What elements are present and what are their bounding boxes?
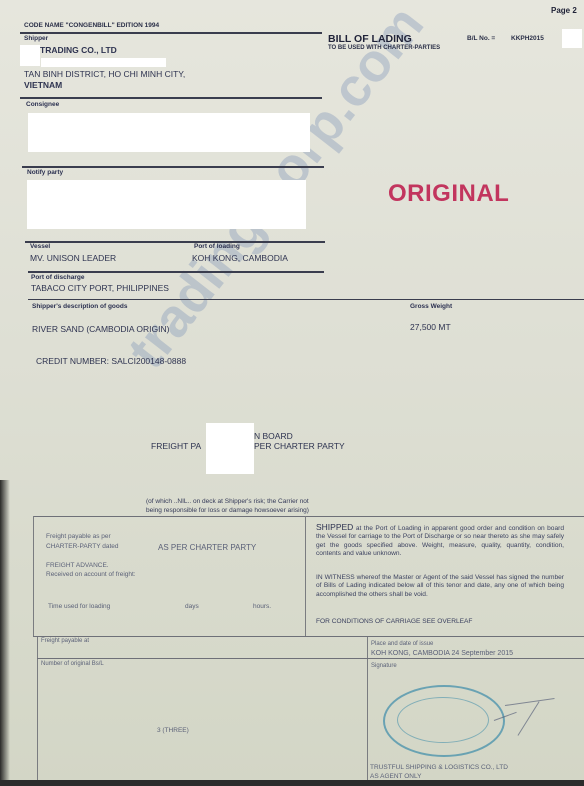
box-left (33, 516, 34, 636)
port-of-discharge-value: TABACO CITY PORT, PHILIPPINES (31, 283, 169, 293)
shipper-address: TAN BINH DISTRICT, HO CHI MINH CITY, (24, 69, 185, 79)
bl-number-label: B/L No. = (467, 35, 495, 42)
place-date-issue-label: Place and date of issue (371, 641, 433, 647)
place-date-issue-value: KOH KONG, CAMBODIA 24 September 2015 (371, 650, 513, 657)
consignee-redacted (28, 113, 310, 152)
box-top (33, 516, 584, 517)
goods-description: RIVER SAND (CAMBODIA ORIGIN) (32, 324, 169, 334)
port-of-loading-label: Port of loading (194, 243, 240, 250)
freight-payable-at-label: Freight payable at (41, 638, 89, 644)
port-of-loading-value: KOH KONG, CAMBODIA (192, 253, 288, 263)
signature-label: Signature (371, 663, 397, 669)
redaction (206, 423, 254, 474)
original-bl-count-value: 3 (THREE) (157, 727, 189, 734)
document-title: BILL OF LADING (328, 33, 412, 45)
photo-shadow-bottom (0, 780, 584, 786)
shipped-text: at the Port of Loading in apparent good … (316, 525, 564, 557)
agent-name: TRUSTFUL SHIPPING & LOGISTICS CO., LTD (370, 764, 508, 771)
code-name: CODE NAME "CONGENBILL" EDITION 1994 (24, 22, 159, 29)
signature-stroke (505, 698, 555, 706)
vessel-value: MV. UNISON LEADER (30, 253, 116, 263)
document-subtitle: TO BE USED WITH CHARTER-PARTIES (328, 45, 440, 51)
redaction (562, 29, 582, 48)
agent-capacity: AS AGENT ONLY (370, 773, 421, 780)
time-used-label: Time used for loading (48, 603, 110, 610)
redaction (20, 45, 40, 66)
bl-number-value: KKPH2015 (511, 35, 544, 42)
original-stamp: ORIGINAL (388, 180, 509, 208)
freight-advance: FREIGHT ADVANCE. (46, 562, 109, 569)
divider (25, 241, 325, 243)
gross-weight-value: 27,500 MT (410, 322, 451, 332)
deck-clause-line2: being responsible for loss or damage how… (146, 507, 309, 514)
divider (28, 271, 324, 273)
charter-party-dated-label: CHARTER-PARTY dated (46, 543, 119, 550)
page-number: Page 2 (551, 6, 577, 15)
deck-clause-line1: (of which ..NIL.. on deck at Shipper's r… (146, 498, 309, 505)
divider (33, 636, 584, 637)
freight-paid-text-right: PER CHARTER PARTY (254, 441, 345, 451)
notify-party-label: Notify party (27, 169, 63, 176)
gross-weight-label: Gross Weight (410, 303, 452, 310)
freight-paid-text-left: FREIGHT PA (151, 441, 201, 451)
witness-clause: IN WITNESS whereof the Master or Agent o… (316, 574, 564, 599)
divider (20, 97, 322, 99)
days-label: days (185, 603, 199, 610)
bill-of-lading-page: trading corp.com Page 2 CODE NAME "CONGE… (0, 0, 584, 786)
agent-stamp (383, 685, 505, 757)
photo-shadow-left (0, 480, 10, 786)
shipper-country: VIETNAM (24, 80, 62, 90)
vessel-label: Vessel (30, 243, 50, 250)
redaction (41, 58, 166, 67)
goods-description-label: Shipper's description of goods (32, 303, 127, 310)
divider (20, 32, 322, 34)
divider (22, 166, 324, 168)
shipped-lead: SHIPPED (316, 522, 353, 532)
divider (37, 658, 584, 659)
box-middle (305, 516, 306, 636)
shipped-clause: SHIPPED at the Port of Loading in appare… (316, 523, 564, 558)
port-of-discharge-label: Port of discharge (31, 274, 84, 281)
divider (28, 299, 584, 300)
freight-payable-label: Freight payable as per (46, 533, 111, 540)
credit-number: CREDIT NUMBER: SALCI200148-0888 (36, 356, 186, 366)
original-bl-count-label: Number of original Bs/L (41, 661, 104, 667)
notify-party-redacted (27, 180, 306, 229)
agent-stamp-inner-ring (397, 697, 489, 743)
hours-label: hours. (253, 603, 271, 610)
charter-party-value: AS PER CHARTER PARTY (158, 543, 256, 552)
on-board-text: N BOARD (254, 431, 293, 441)
shipper-name: TRADING CO., LTD (40, 45, 117, 55)
received-on-account: Received on account of freight: (46, 571, 136, 578)
shipper-label: Shipper (24, 35, 48, 42)
conditions-overleaf: FOR CONDITIONS OF CARRIAGE SEE OVERLEAF (316, 618, 472, 625)
signature-stroke (517, 701, 539, 736)
consignee-label: Consignee (26, 101, 59, 108)
